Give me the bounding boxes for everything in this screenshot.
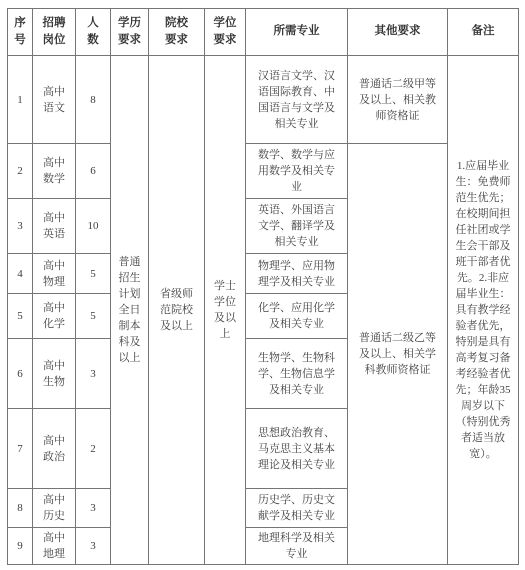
col-header-count: 人数 <box>76 9 111 56</box>
cell-position: 高中生物 <box>33 339 76 409</box>
cell-serial: 4 <box>8 254 33 294</box>
col-header-serial: 序号 <box>8 9 33 56</box>
cell-serial: 2 <box>8 144 33 199</box>
cell-remarks-merged: 1.应届毕业生：免费师范生优先；在校期间担任社团或学生会干部及班干部者优先。2.… <box>448 56 519 565</box>
cell-school-merged: 省级师范院校及以上 <box>149 56 205 565</box>
cell-count: 5 <box>76 294 111 339</box>
cell-serial: 1 <box>8 56 33 144</box>
recruitment-table: 序号 招聘岗位 人数 学历要求 院校要求 学位要求 所需专业 其他要求 备注 1… <box>7 8 519 565</box>
cell-count: 3 <box>76 489 111 528</box>
col-header-school: 院校要求 <box>149 9 205 56</box>
cell-serial: 5 <box>8 294 33 339</box>
cell-count: 2 <box>76 409 111 489</box>
cell-position: 高中物理 <box>33 254 76 294</box>
table-row: 2 高中数学 6 数学、数学与应用数学及相关专业 普通话二级乙等及以上、相关学科… <box>8 144 519 199</box>
cell-majors: 英语、外国语言文学、翻译学及相关专业 <box>246 199 348 254</box>
cell-count: 3 <box>76 339 111 409</box>
cell-majors: 物理学、应用物理学及相关专业 <box>246 254 348 294</box>
cell-majors: 思想政治教育、马克思主义基本理论及相关专业 <box>246 409 348 489</box>
cell-position: 高中地理 <box>33 528 76 565</box>
cell-count: 3 <box>76 528 111 565</box>
cell-education-merged: 普通招生计划全日制本科及以上 <box>111 56 149 565</box>
cell-majors: 历史学、历史文献学及相关专业 <box>246 489 348 528</box>
col-header-education: 学历要求 <box>111 9 149 56</box>
col-header-remarks: 备注 <box>448 9 519 56</box>
cell-majors: 化学、应用化学及相关专业 <box>246 294 348 339</box>
cell-position: 高中语文 <box>33 56 76 144</box>
cell-other-rows2-9: 普通话二级乙等及以上、相关学科教师资格证 <box>348 144 448 565</box>
cell-count: 10 <box>76 199 111 254</box>
col-header-majors: 所需专业 <box>246 9 348 56</box>
cell-position: 高中英语 <box>33 199 76 254</box>
header-row: 序号 招聘岗位 人数 学历要求 院校要求 学位要求 所需专业 其他要求 备注 <box>8 9 519 56</box>
cell-majors: 地理科学及相关专业 <box>246 528 348 565</box>
cell-serial: 7 <box>8 409 33 489</box>
col-header-position: 招聘岗位 <box>33 9 76 56</box>
col-header-degree: 学位要求 <box>205 9 246 56</box>
cell-majors: 生物学、生物科学、生物信息学及相关专业 <box>246 339 348 409</box>
cell-majors: 数学、数学与应用数学及相关专业 <box>246 144 348 199</box>
cell-count: 6 <box>76 144 111 199</box>
cell-other-row1: 普通话二级甲等及以上、相关教师资格证 <box>348 56 448 144</box>
cell-serial: 8 <box>8 489 33 528</box>
cell-degree-merged: 学士学位及以上 <box>205 56 246 565</box>
cell-serial: 9 <box>8 528 33 565</box>
cell-position: 高中化学 <box>33 294 76 339</box>
cell-serial: 3 <box>8 199 33 254</box>
cell-position: 高中数学 <box>33 144 76 199</box>
cell-serial: 6 <box>8 339 33 409</box>
cell-position: 高中历史 <box>33 489 76 528</box>
cell-count: 8 <box>76 56 111 144</box>
document-page: 序号 招聘岗位 人数 学历要求 院校要求 学位要求 所需专业 其他要求 备注 1… <box>0 0 525 570</box>
table-row: 1 高中语文 8 普通招生计划全日制本科及以上 省级师范院校及以上 学士学位及以… <box>8 56 519 144</box>
cell-majors: 汉语言文学、汉语国际教育、中国语言与文学及相关专业 <box>246 56 348 144</box>
col-header-other: 其他要求 <box>348 9 448 56</box>
cell-count: 5 <box>76 254 111 294</box>
cell-position: 高中政治 <box>33 409 76 489</box>
